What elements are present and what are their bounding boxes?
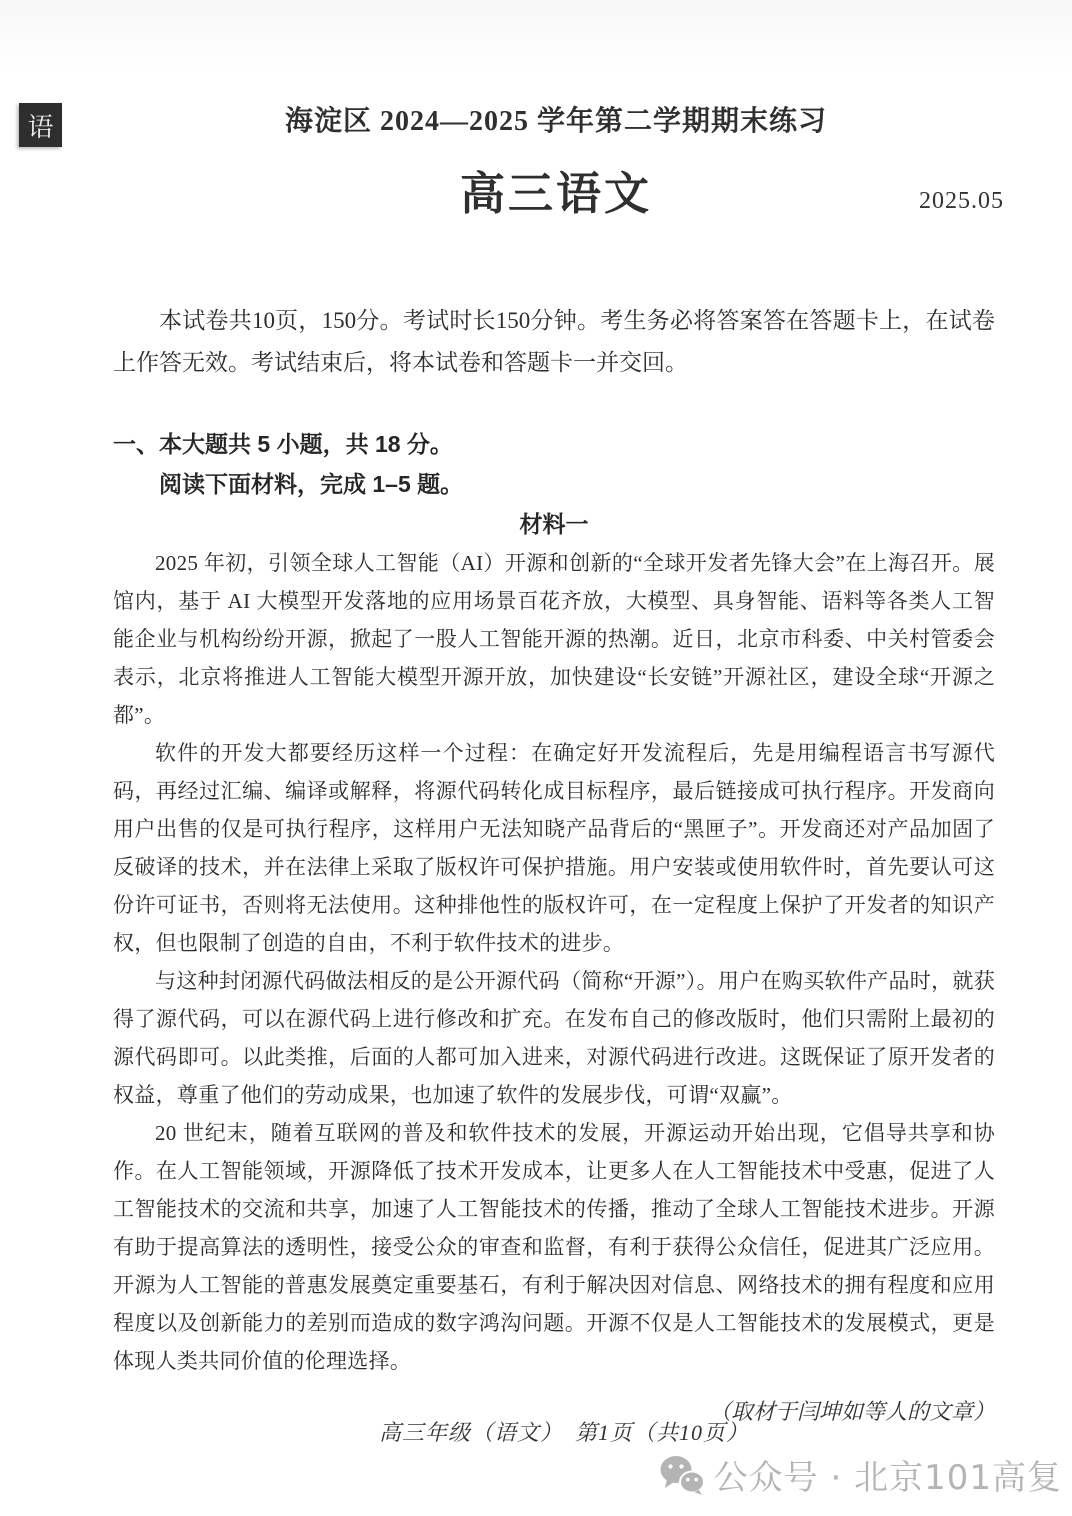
section-one-heading: 一、本大题共 5 小题，共 18 分。 xyxy=(113,424,995,464)
watermark-text: 公众号 · 北京101高复 xyxy=(714,1458,1062,1498)
material-paragraph-1: 2025 年初，引领全球人工智能（AI）开源和创新的“全球开发者先锋大会”在上海… xyxy=(113,544,995,734)
exam-paper-page: 语 海淀区 2024—2025 学年第二学期期末练习 高三语文 2025.05 … xyxy=(0,0,1072,1516)
exam-instructions: 本试卷共10页，150分。考试时长150分钟。考生务必将答案答在答题卡上，在试卷… xyxy=(113,300,995,384)
paper-body: 本试卷共10页，150分。考试时长150分钟。考生务必将答案答在答题卡上，在试卷… xyxy=(0,300,1072,1430)
wechat-icon xyxy=(659,1455,705,1500)
exam-title: 海淀区 2024—2025 学年第二学期期末练习 xyxy=(0,104,1072,140)
page-footer: 高三年级（语文） 第1页（共10页） xyxy=(28,1416,1072,1447)
paper-subject-title: 高三语文 xyxy=(0,168,1072,220)
section-one-subheading: 阅读下面材料，完成 1–5 题。 xyxy=(113,464,995,504)
material-paragraph-2: 软件的开发大都要经历这样一个过程：在确定好开发流程后，先是用编程语言书写源代码，… xyxy=(113,734,995,962)
material-paragraph-3: 与这种封闭源代码做法相反的是公开源代码（简称“开源”）。用户在购买软件产品时，就… xyxy=(113,962,995,1114)
subject-edge-tab: 语 xyxy=(19,103,62,147)
watermark: 公众号 · 北京101高复 xyxy=(659,1455,1062,1500)
exam-date: 2025.05 xyxy=(919,188,1004,215)
paper-header: 海淀区 2024—2025 学年第二学期期末练习 高三语文 2025.05 xyxy=(0,0,1072,220)
subject-tab-label: 语 xyxy=(27,107,53,144)
material-one-title: 材料一 xyxy=(113,504,995,544)
material-paragraph-4: 20 世纪末，随着互联网的普及和软件技术的发展，开源运动开始出现，它倡导共享和协… xyxy=(113,1114,995,1380)
